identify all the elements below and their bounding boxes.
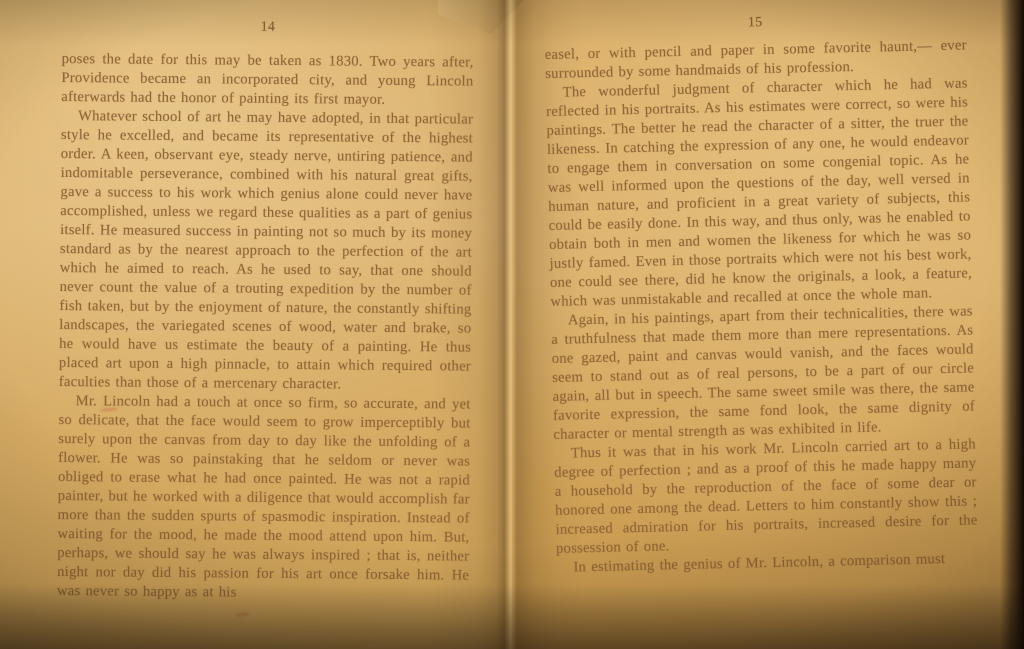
paragraph: Mr. Lincoln had a touch at once so firm,…: [57, 392, 471, 605]
paragraph: Again, in his paintings, apart from thei…: [551, 302, 976, 445]
book-photo: 14 poses the date for this may be taken …: [0, 0, 1024, 649]
left-page-text: 14 poses the date for this may be taken …: [57, 16, 474, 605]
right-page-text: 15 easel, or with pencil and paper in so…: [544, 8, 979, 577]
paragraph: poses the date for this may be taken as …: [61, 50, 473, 111]
paragraph: The wonderful judgment of character whic…: [545, 74, 972, 312]
paragraph: Thus it was that in his work Mr. Lincoln…: [554, 435, 978, 559]
left-page-number: 14: [62, 16, 474, 39]
paragraph: Whatever school of art he may have adopt…: [59, 107, 473, 396]
